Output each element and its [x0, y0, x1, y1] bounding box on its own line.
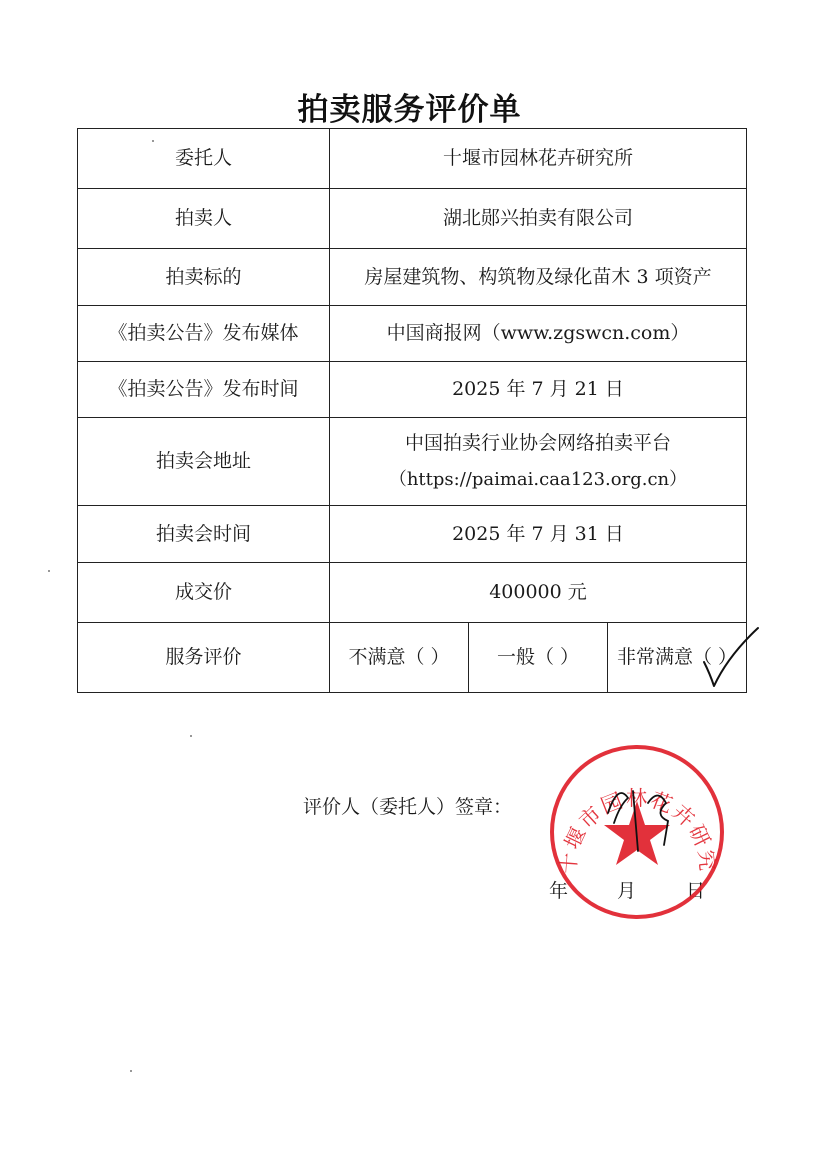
row-value-announcement-media: 中国商报网（www.zgswcn.com）: [330, 306, 747, 362]
row-label-auction-date: 拍卖会时间: [78, 506, 330, 563]
scan-speck: [152, 140, 154, 142]
scan-speck: [48, 570, 50, 572]
signature-label: 评价人（委托人）签章：: [303, 792, 512, 819]
row-label-announcement-media: 《拍卖公告》发布媒体: [78, 306, 330, 362]
star-icon: [604, 801, 670, 865]
table-row: 委托人 十堰市园林花卉研究所: [78, 129, 747, 189]
auction-venue-name: 中国拍卖行业协会网络拍卖平台: [405, 432, 671, 455]
row-value-announcement-date: 2025 年 7 月 21 日: [330, 362, 747, 418]
table-row: 成交价 400000 元: [78, 563, 747, 623]
row-label-final-price: 成交价: [78, 563, 330, 623]
table-row: 拍卖会地址 中国拍卖行业协会网络拍卖平台 （https://paimai.caa…: [78, 418, 747, 506]
scan-speck: [190, 735, 192, 737]
evaluation-form-table: 委托人 十堰市园林花卉研究所 拍卖人 湖北郧兴拍卖有限公司 拍卖标的 房屋建筑物…: [77, 128, 747, 693]
scan-speck: [130, 1070, 132, 1072]
row-value-auction-venue: 中国拍卖行业协会网络拍卖平台 （https://paimai.caa123.or…: [330, 418, 747, 506]
row-value-auction-subject: 房屋建筑物、构筑物及绿化苗木 3 项资产: [330, 249, 747, 306]
handwritten-signature: [608, 791, 668, 851]
row-value-auctioneer: 湖北郧兴拍卖有限公司: [330, 189, 747, 249]
date-month-label: 月: [617, 876, 636, 903]
row-label-auctioneer: 拍卖人: [78, 189, 330, 249]
row-label-auction-venue: 拍卖会地址: [78, 418, 330, 506]
row-value-final-price: 400000 元: [330, 563, 747, 623]
table-row: 《拍卖公告》发布媒体 中国商报网（www.zgswcn.com）: [78, 306, 747, 362]
row-label-client: 委托人: [78, 129, 330, 189]
table-row: 服务评价 不满意（ ） 一般（ ） 非常满意（ ）: [78, 623, 747, 693]
auction-venue-url: （https://paimai.caa123.org.cn）: [389, 469, 687, 491]
row-label-announcement-date: 《拍卖公告》发布时间: [78, 362, 330, 418]
page-title: 拍卖服务评价单: [0, 84, 819, 129]
rating-option-unsatisfied[interactable]: 不满意（ ）: [330, 623, 468, 692]
date-day-label: 日: [686, 876, 705, 903]
row-value-auction-date: 2025 年 7 月 31 日: [330, 506, 747, 563]
table-row: 拍卖人 湖北郧兴拍卖有限公司: [78, 189, 747, 249]
svg-text:十堰市园林花卉研究所: 十堰市园林花卉研究所: [548, 743, 720, 875]
date-year-label: 年: [549, 876, 568, 903]
row-label-auction-subject: 拍卖标的: [78, 249, 330, 306]
row-label-service-rating: 服务评价: [78, 623, 330, 693]
table-row: 拍卖标的 房屋建筑物、构筑物及绿化苗木 3 项资产: [78, 249, 747, 306]
rating-option-very-satisfied[interactable]: 非常满意（ ）: [607, 623, 746, 692]
service-rating-options: 不满意（ ） 一般（ ） 非常满意（ ）: [330, 623, 747, 693]
table-row: 拍卖会时间 2025 年 7 月 31 日: [78, 506, 747, 563]
table-row: 《拍卖公告》发布时间 2025 年 7 月 21 日: [78, 362, 747, 418]
row-value-client: 十堰市园林花卉研究所: [330, 129, 747, 189]
seal-text: 十堰市园林花卉研究所: [548, 743, 720, 875]
rating-option-average[interactable]: 一般（ ）: [468, 623, 607, 692]
